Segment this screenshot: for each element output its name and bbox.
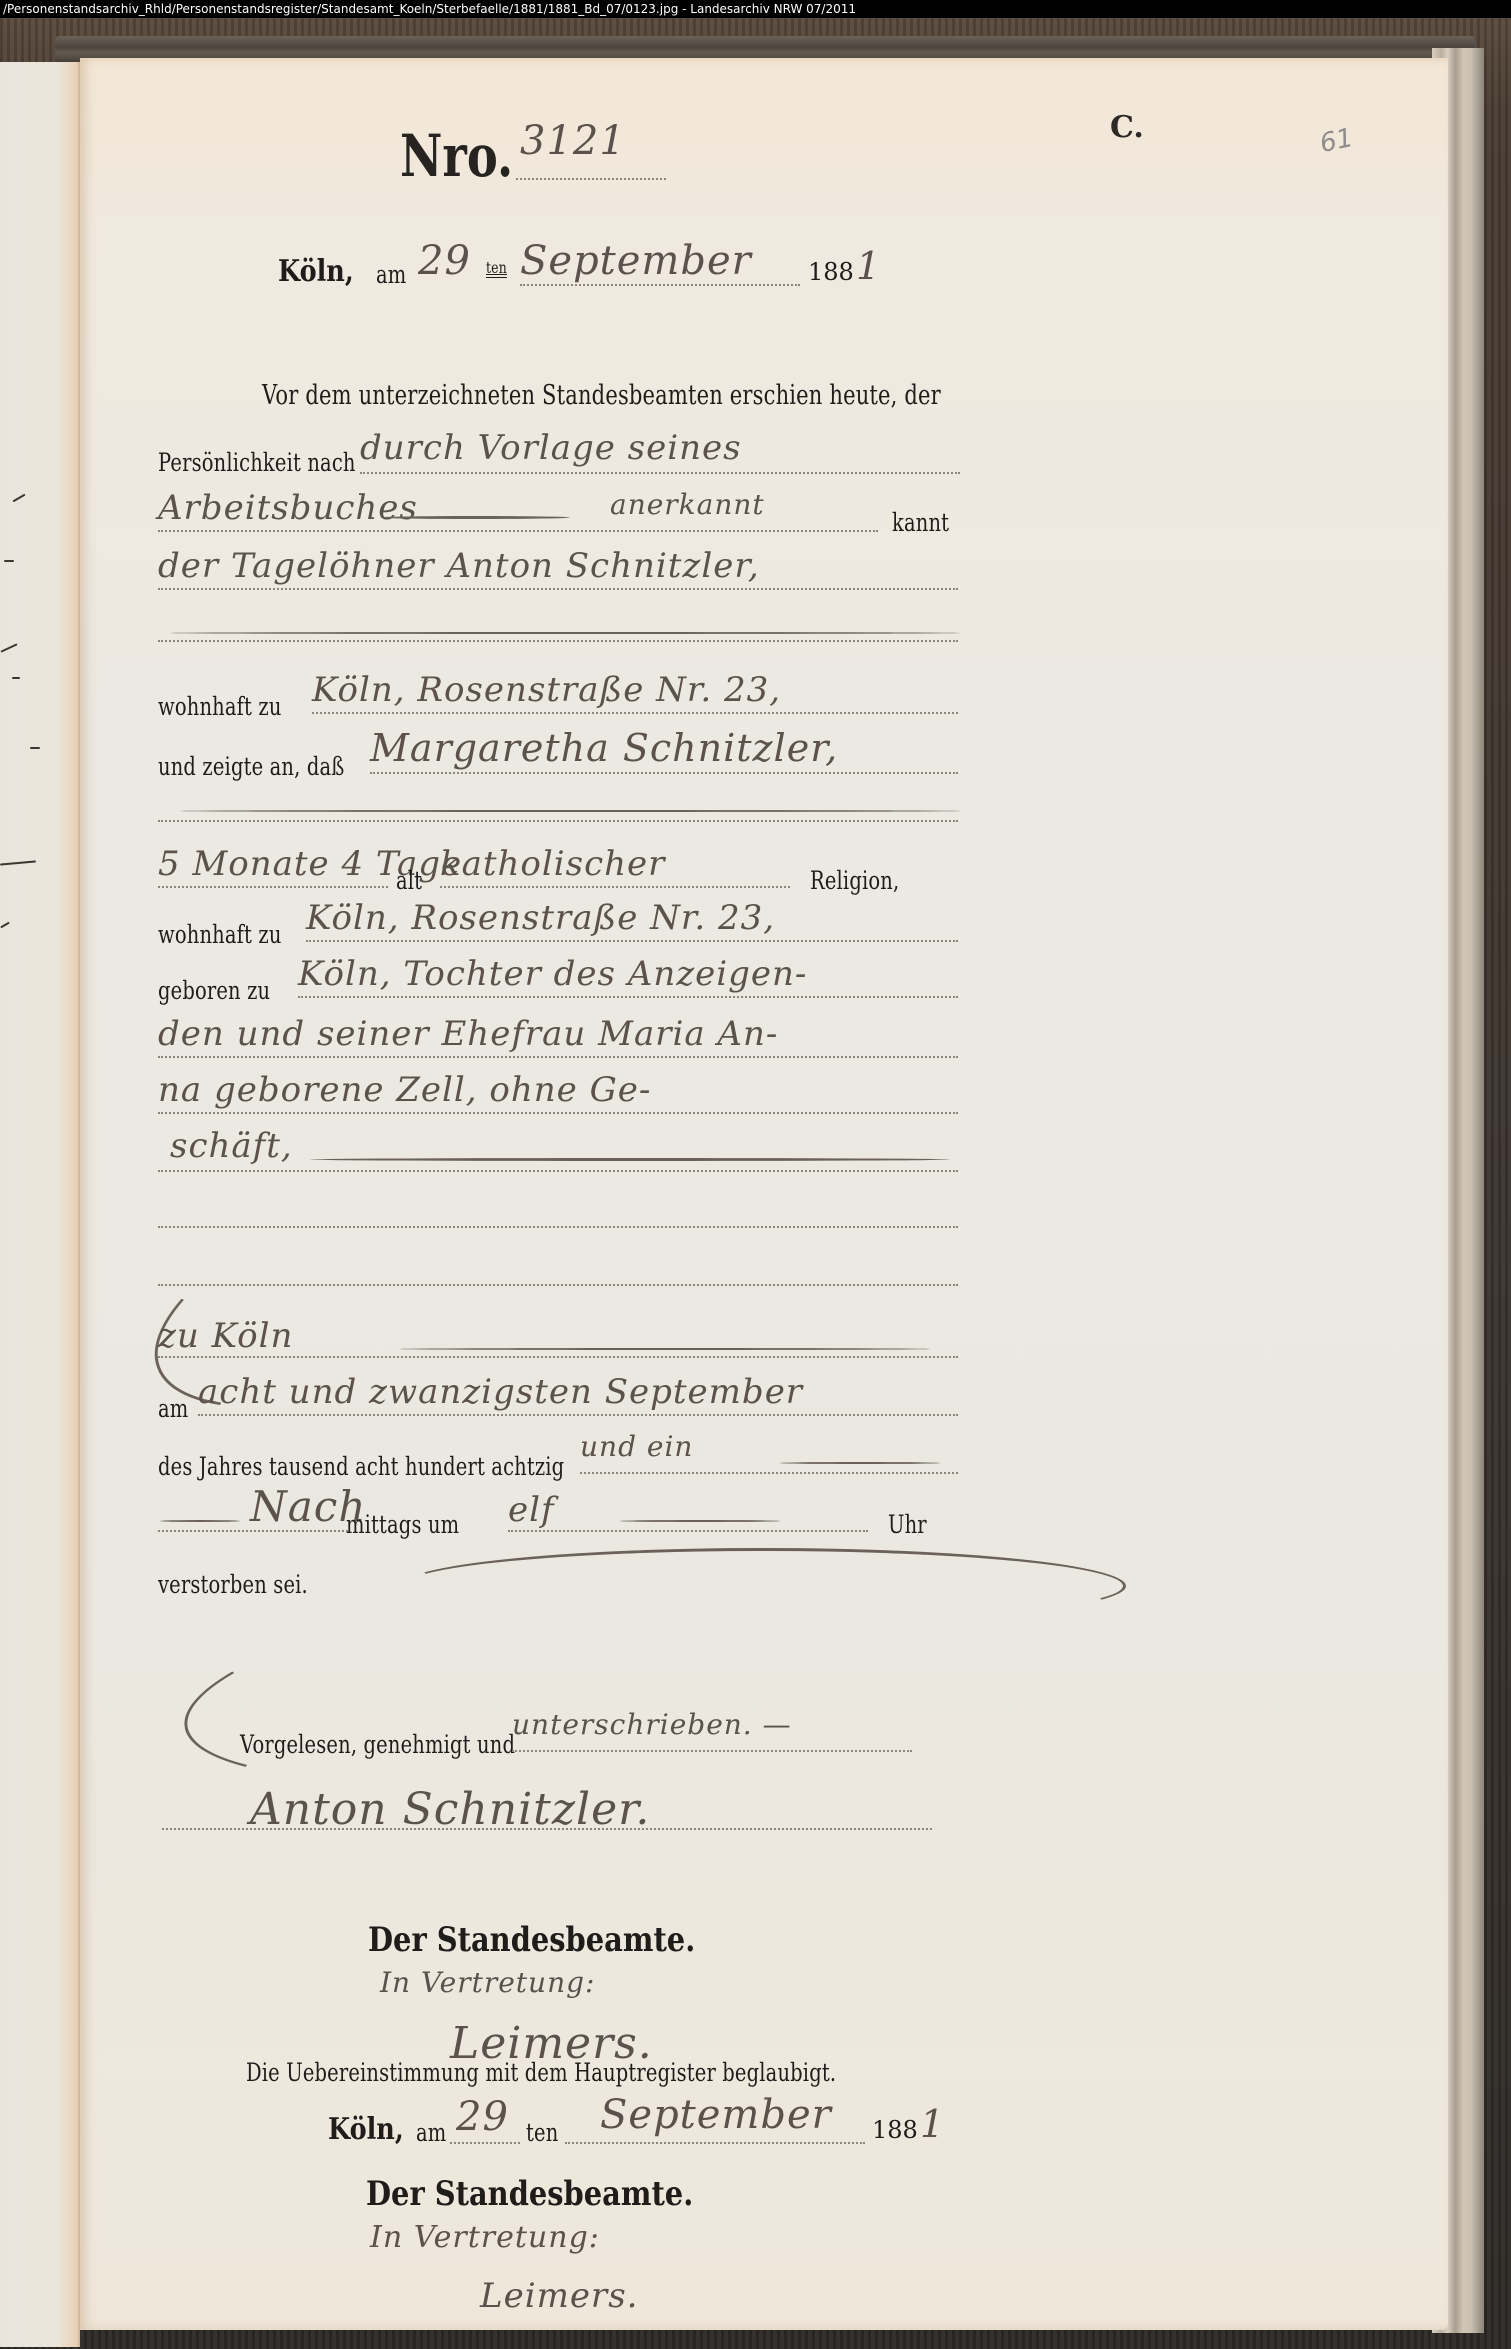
mittags-label: mittags um bbox=[346, 1510, 459, 1539]
death-day-dotted bbox=[198, 1414, 958, 1416]
cert-year-suffix: 1 bbox=[920, 2102, 945, 2146]
death-hour-dotted bbox=[508, 1530, 868, 1532]
fill-stroke bbox=[400, 1348, 930, 1350]
deceased-name: Margaretha Schnitzler, bbox=[370, 726, 838, 770]
page-number: 61 bbox=[1317, 123, 1356, 159]
deceased-residence-dotted bbox=[306, 940, 958, 942]
religion-label: Religion, bbox=[810, 866, 899, 895]
parents-line1: den und seiner Ehefrau Maria An- bbox=[158, 1014, 778, 1054]
death-year-label: des Jahres tausend acht hundert achtzig bbox=[158, 1452, 564, 1481]
uhr-label: Uhr bbox=[888, 1510, 927, 1539]
informant-signature-dotted bbox=[162, 1828, 932, 1830]
religion-dotted bbox=[440, 886, 790, 888]
death-hour-value: elf bbox=[508, 1490, 555, 1530]
informant-residence-label: wohnhaft zu bbox=[158, 692, 282, 721]
date-day: 29 bbox=[418, 238, 471, 284]
fill-stroke bbox=[180, 810, 960, 812]
date-place-label: Köln, bbox=[278, 254, 354, 289]
informant-name: der Tagelöhner Anton Schnitzler, bbox=[158, 546, 760, 586]
cert-year-prefix: 188 bbox=[872, 2116, 918, 2144]
cert-month: September bbox=[600, 2092, 832, 2138]
official-title: Der Standesbeamte. bbox=[368, 1920, 695, 1960]
fill-stroke bbox=[170, 632, 960, 634]
ink-mark bbox=[0, 860, 36, 865]
cert-ten-label: ten bbox=[526, 2118, 558, 2147]
identity-value-line2: Arbeitsbuches bbox=[158, 488, 418, 528]
death-year-value: und ein bbox=[580, 1430, 693, 1463]
ink-mark bbox=[0, 922, 10, 929]
born-dotted bbox=[298, 996, 958, 998]
death-year-dotted bbox=[580, 1472, 958, 1474]
ink-mark bbox=[30, 747, 40, 749]
fill-stroke bbox=[380, 516, 570, 519]
blank-dotted-line bbox=[158, 640, 958, 642]
cert-official-note: In Vertretung: bbox=[370, 2220, 600, 2255]
flourish-stroke bbox=[170, 1493, 1135, 1829]
informant-residence-dotted bbox=[312, 712, 958, 714]
intro-text: Vor dem unterzeichneten Standesbeamten e… bbox=[262, 380, 941, 411]
date-year-prefix: 188 bbox=[808, 258, 854, 286]
ink-mark bbox=[4, 560, 14, 562]
certification-text: Die Uebereinstimmung mit dem Hauptregist… bbox=[246, 2058, 836, 2087]
known-prefix: anerkannt bbox=[610, 488, 765, 521]
ink-mark bbox=[12, 677, 20, 679]
death-place-dotted bbox=[158, 1356, 958, 1358]
death-day-value: acht und zwanzigsten September bbox=[198, 1372, 803, 1412]
informant-residence-value: Köln, Rosenstraße Nr. 23, bbox=[312, 670, 781, 710]
read-label: Vorgelesen, genehmigt und bbox=[240, 1730, 515, 1759]
informant-name-dotted bbox=[158, 588, 958, 590]
left-page-sliver bbox=[0, 62, 80, 2347]
cert-day: 29 bbox=[456, 2094, 509, 2140]
window-title-bar: /Personenstandsarchiv_Rhld/Personenstand… bbox=[0, 0, 1511, 18]
official-note: In Vertretung: bbox=[380, 1966, 595, 1999]
date-ten-label: ten bbox=[486, 258, 507, 277]
deceased-residence-label: wohnhaft zu bbox=[158, 920, 282, 949]
death-closing-label: verstorben sei. bbox=[158, 1570, 308, 1599]
parents-line3: schäft, bbox=[170, 1126, 293, 1166]
cert-place-label: Köln, bbox=[328, 2112, 404, 2147]
parents-line2: na geborene Zell, ohne Ge- bbox=[158, 1070, 651, 1110]
parents-line1-dotted bbox=[158, 1056, 958, 1058]
identity-dotted-line bbox=[360, 472, 960, 474]
age-dotted bbox=[158, 886, 388, 888]
religion-value: katholischer bbox=[440, 844, 665, 884]
identity-value-line1: durch Vorlage seines bbox=[360, 428, 742, 468]
identity-label: Persönlichkeit nach bbox=[158, 448, 356, 477]
nro-dotted-line bbox=[516, 178, 666, 180]
ink-mark bbox=[0, 643, 17, 652]
blank-dotted-line bbox=[158, 820, 958, 822]
parents-line2-dotted bbox=[158, 1112, 958, 1114]
date-am-label: am bbox=[376, 260, 406, 289]
read-value: unterschrieben. — bbox=[512, 1708, 792, 1741]
ink-mark bbox=[12, 494, 25, 503]
register-letter: C. bbox=[1110, 110, 1144, 145]
death-time-dotted bbox=[158, 1530, 348, 1532]
nro-label: Nro. bbox=[400, 122, 513, 190]
age-label: alt bbox=[396, 866, 422, 895]
born-label: geboren zu bbox=[158, 976, 270, 1005]
death-place-value: zu Köln bbox=[158, 1316, 293, 1356]
cert-month-dotted bbox=[565, 2142, 865, 2144]
cert-official-signature: Leimers. bbox=[480, 2276, 638, 2316]
born-value: Köln, Tochter des Anzeigen- bbox=[298, 954, 807, 994]
date-month-dotted-line bbox=[520, 284, 800, 286]
cert-am-label: am bbox=[416, 2118, 446, 2147]
register-page: Nro. 3121 C. 61 Köln, am 29 ten Septembe… bbox=[80, 58, 1448, 2330]
death-am-label: am bbox=[158, 1394, 188, 1423]
date-month: September bbox=[520, 238, 752, 284]
date-year-suffix: 1 bbox=[856, 244, 881, 288]
fill-stroke bbox=[620, 1520, 780, 1522]
identity-line2-dotted bbox=[158, 530, 878, 532]
kannt-label: kannt bbox=[892, 508, 949, 537]
fill-stroke bbox=[160, 1520, 240, 1522]
cert-day-dotted bbox=[450, 2142, 520, 2144]
fill-stroke bbox=[780, 1462, 940, 1464]
read-dotted bbox=[512, 1750, 912, 1752]
window-title: /Personenstandsarchiv_Rhld/Personenstand… bbox=[3, 2, 856, 16]
nro-value: 3121 bbox=[520, 118, 626, 164]
cert-official-title: Der Standesbeamte. bbox=[366, 2174, 693, 2214]
deceased-residence-value: Köln, Rosenstraße Nr. 23, bbox=[306, 898, 775, 938]
deceased-name-dotted bbox=[370, 772, 958, 774]
reported-label: und zeigte an, daß bbox=[158, 752, 344, 781]
